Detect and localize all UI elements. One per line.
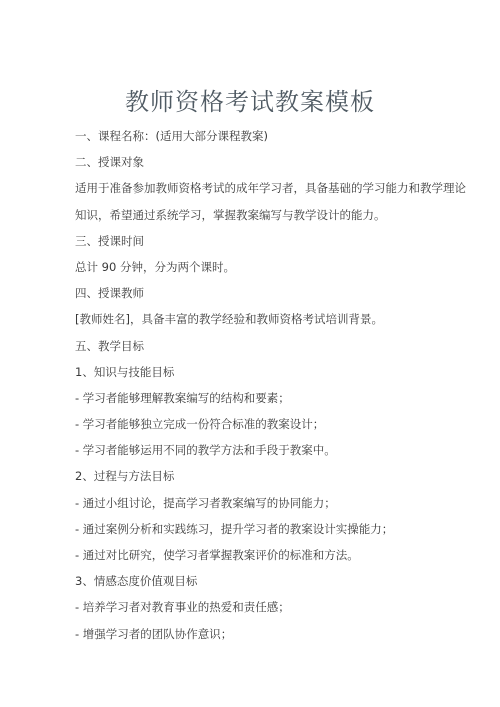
- paragraph-line: 知识，希望通过系统学习，掌握教案编写与教学设计的能力。: [75, 205, 435, 231]
- section-heading-time: 三、授课时间: [75, 231, 435, 257]
- section-heading-teacher: 四、授课教师: [75, 283, 435, 309]
- section-heading-audience: 二、授课对象: [75, 152, 435, 178]
- paragraph-line: [教师姓名]，具备丰富的教学经验和教师资格考试培训背景。: [75, 309, 435, 335]
- list-item: - 学习者能够理解教案编写的结构和要素；: [75, 388, 435, 414]
- list-item: - 学习者能够独立完成一份符合标准的教案设计；: [75, 414, 435, 440]
- list-item: - 增强学习者的团队协作意识；: [75, 624, 435, 650]
- section-heading-course-name: 一、课程名称：(适用大部分课程教案): [75, 126, 435, 152]
- list-item: - 学习者能够运用不同的教学方法和手段于教案中。: [75, 440, 435, 466]
- list-item: - 通过案例分析和实践练习，提升学习者的教案设计实操能力；: [75, 519, 435, 545]
- subsection-heading: 1、知识与技能目标: [75, 362, 435, 388]
- paragraph-line: 适用于准备参加教师资格考试的成年学习者，具备基础的学习能力和教学理论: [75, 178, 435, 204]
- list-item: - 培养学习者对教育事业的热爱和责任感；: [75, 597, 435, 623]
- list-item: - 通过小组讨论，提高学习者教案编写的协同能力；: [75, 493, 435, 519]
- subsection-heading: 3、情感态度价值观目标: [75, 571, 435, 597]
- list-item: - 通过对比研究，使学习者掌握教案评价的标准和方法。: [75, 545, 435, 571]
- document-page: 教师资格考试教案模板 一、课程名称：(适用大部分课程教案) 二、授课对象 适用于…: [0, 0, 500, 707]
- document-title: 教师资格考试教案模板: [0, 82, 500, 117]
- document-body: 一、课程名称：(适用大部分课程教案) 二、授课对象 适用于准备参加教师资格考试的…: [75, 126, 435, 650]
- section-heading-objectives: 五、教学目标: [75, 336, 435, 362]
- paragraph-line: 总计 90 分钟，分为两个课时。: [75, 257, 435, 283]
- subsection-heading: 2、过程与方法目标: [75, 466, 435, 492]
